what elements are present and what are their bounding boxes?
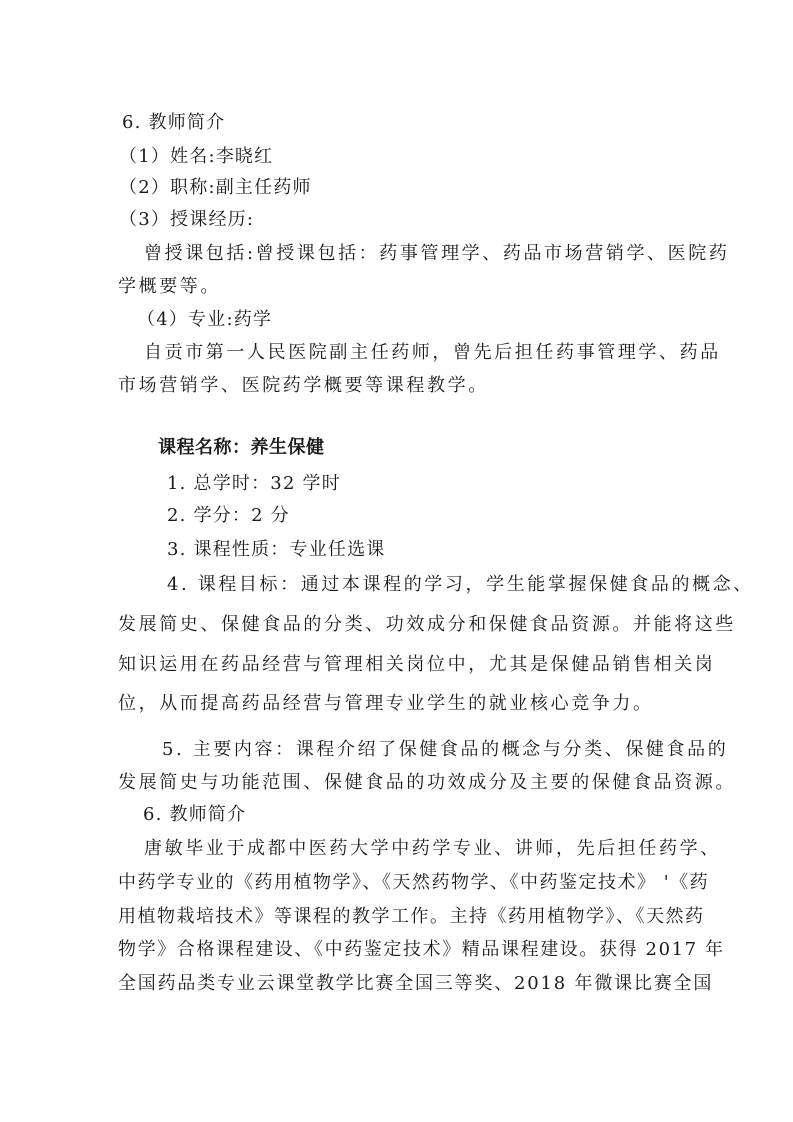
teacher-bio-line-3: 用植物栽培技术》等课程的教学工作。主持《药用植物学》、《天然药 <box>118 907 705 927</box>
experience-line-2: 学概要等。 <box>118 277 221 297</box>
course-title: 课程名称：养生保健 <box>158 438 325 458</box>
course-content-line-2: 发展简史与功能范围、保健食品的功效成分及主要的保健食品资源。 <box>118 773 736 793</box>
teacher-bio-line-5: 全国药品类专业云课堂教学比赛全国三等奖、2018 年微课比赛全国 <box>118 974 713 994</box>
bio-line-1: 自贡市第一人民医院副主任药师，曾先后担任药事管理学、药品 <box>144 343 721 363</box>
teacher-title: （2）职称:副主任药师 <box>119 178 312 198</box>
course-content-line-1: 5. 主要内容：课程介绍了保健食品的概念与分类、保健食品的 <box>162 740 728 760</box>
course-credits: 2. 学分：2 分 <box>167 506 290 526</box>
course-goal-line-4: 位，从而提高药品经营与管理专业学生的就业核心竞争力。 <box>118 694 654 714</box>
course-goal-line-2: 发展简史、保健食品的分类、功效成分和保健食品资源。并能将这些 <box>118 615 736 635</box>
teacher-bio-line-1: 唐敏毕业于成都中医药大学中药学专业、讲师，先后担任药学、 <box>144 839 721 859</box>
course-goal-line-1: 4. 课程目标：通过本课程的学习，学生能掌握保健食品的概念、 <box>167 575 754 595</box>
bio-line-2: 市场营销学、医院药学概要等课程教学。 <box>118 376 489 396</box>
experience-line-1: 曾授课包括:曾授课包括：药事管理学、药品市场营销学、医院药 <box>144 244 729 264</box>
course-goal-line-3: 知识运用在药品经营与管理相关岗位中，尤其是保健品销售相关岗 <box>118 655 715 675</box>
course-nature: 3. 课程性质：专业任选课 <box>167 540 386 560</box>
teacher-major: （4）专业:药学 <box>137 310 272 330</box>
teacher-name: （1）姓名:李晓红 <box>119 147 273 167</box>
course-hours: 1. 总学时：32 学时 <box>167 474 341 494</box>
section-heading-teacher-intro: 6. 教师简介 <box>122 113 225 133</box>
course-teacher-heading: 6. 教师简介 <box>143 805 246 825</box>
teacher-bio-line-4: 物学》合格课程建设、《中药鉴定技术》精品课程建设。获得 2017 年 <box>118 940 725 960</box>
teacher-bio-line-2: 中药学专业的《药用植物学》、《天然药物学、《中药鉴定技术》 '《药 <box>118 873 709 893</box>
experience-label: （3）授课经历: <box>119 210 254 230</box>
